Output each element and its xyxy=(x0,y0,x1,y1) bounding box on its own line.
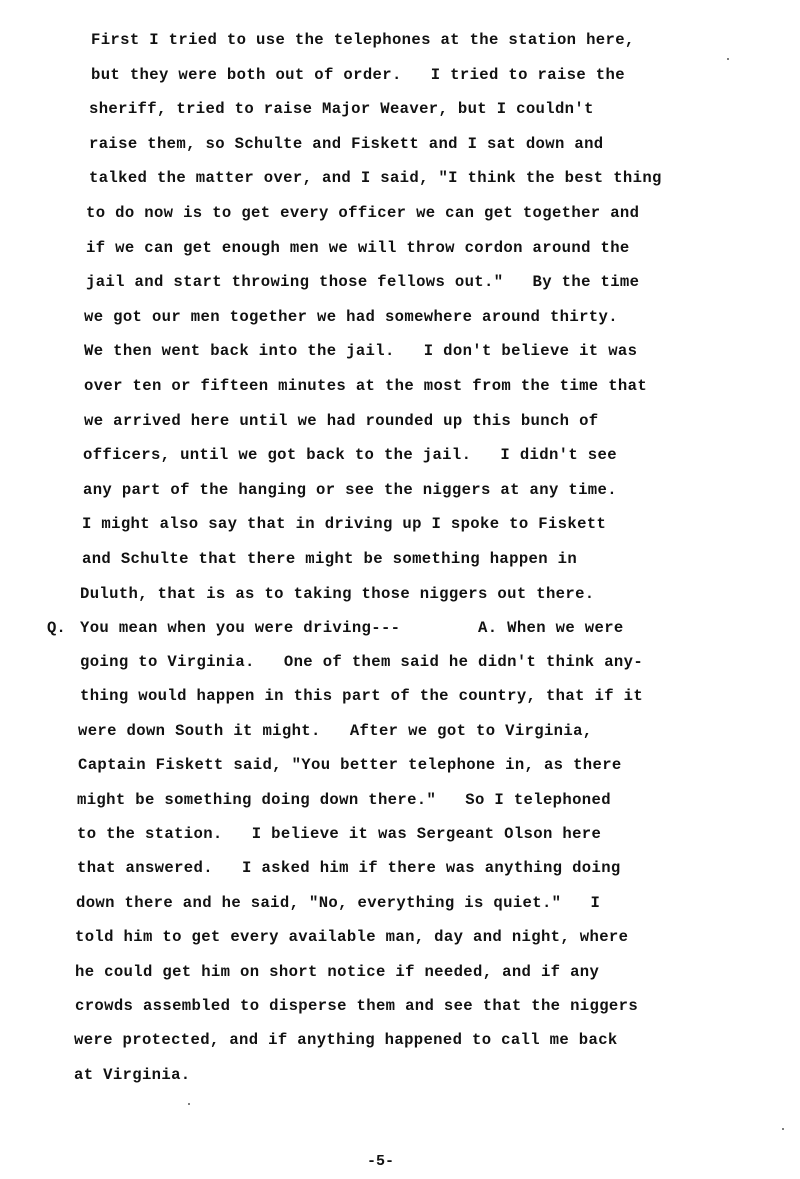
text-line: he could get him on short notice if need… xyxy=(75,962,599,982)
text-line: we arrived here until we had rounded up … xyxy=(84,411,599,431)
text-line: officers, until we got back to the jail.… xyxy=(83,445,617,465)
page-number: -5- xyxy=(367,1153,394,1170)
text-line: and Schulte that there might be somethin… xyxy=(82,549,577,569)
text-line: crowds assembled to disperse them and se… xyxy=(75,996,638,1016)
text-line: sheriff, tried to raise Major Weaver, bu… xyxy=(89,99,594,119)
question-marker: Q. xyxy=(47,618,66,638)
text-line: talked the matter over, and I said, "I t… xyxy=(89,168,662,188)
text-line: that answered. I asked him if there was … xyxy=(77,858,621,878)
text-line: if we can get enough men we will throw c… xyxy=(86,238,630,258)
text-line: were down South it might. After we got t… xyxy=(78,721,593,741)
text-line: down there and he said, "No, everything … xyxy=(76,893,600,913)
text-line: First I tried to use the telephones at t… xyxy=(91,30,635,50)
text-line: jail and start throwing those fellows ou… xyxy=(86,272,639,292)
text-line: going to Virginia. One of them said he d… xyxy=(80,652,643,672)
text-line: thing would happen in this part of the c… xyxy=(80,686,643,706)
document-page: First I tried to use the telephones at t… xyxy=(0,0,800,1179)
text-line: I might also say that in driving up I sp… xyxy=(82,514,606,534)
text-line: to the station. I believe it was Sergean… xyxy=(77,824,601,844)
text-line: to do now is to get every officer we can… xyxy=(86,203,639,223)
question-line: You mean when you were driving--- A. Whe… xyxy=(80,618,624,638)
text-line: at Virginia. xyxy=(74,1065,191,1085)
text-line: we got our men together we had somewhere… xyxy=(84,307,618,327)
scan-speck xyxy=(727,58,729,60)
text-line: over ten or fifteen minutes at the most … xyxy=(84,376,647,396)
text-line: raise them, so Schulte and Fiskett and I… xyxy=(89,134,604,154)
text-line: but they were both out of order. I tried… xyxy=(91,65,625,85)
text-line: were protected, and if anything happened… xyxy=(74,1030,618,1050)
text-line: told him to get every available man, day… xyxy=(75,927,628,947)
text-line: any part of the hanging or see the nigge… xyxy=(83,480,617,500)
text-line: might be something doing down there." So… xyxy=(77,790,611,810)
scan-speck xyxy=(782,1128,784,1130)
text-line: Duluth, that is as to taking those nigge… xyxy=(80,584,595,604)
scan-speck xyxy=(188,1103,190,1105)
text-line: Captain Fiskett said, "You better teleph… xyxy=(78,755,622,775)
text-line: We then went back into the jail. I don't… xyxy=(84,341,637,361)
